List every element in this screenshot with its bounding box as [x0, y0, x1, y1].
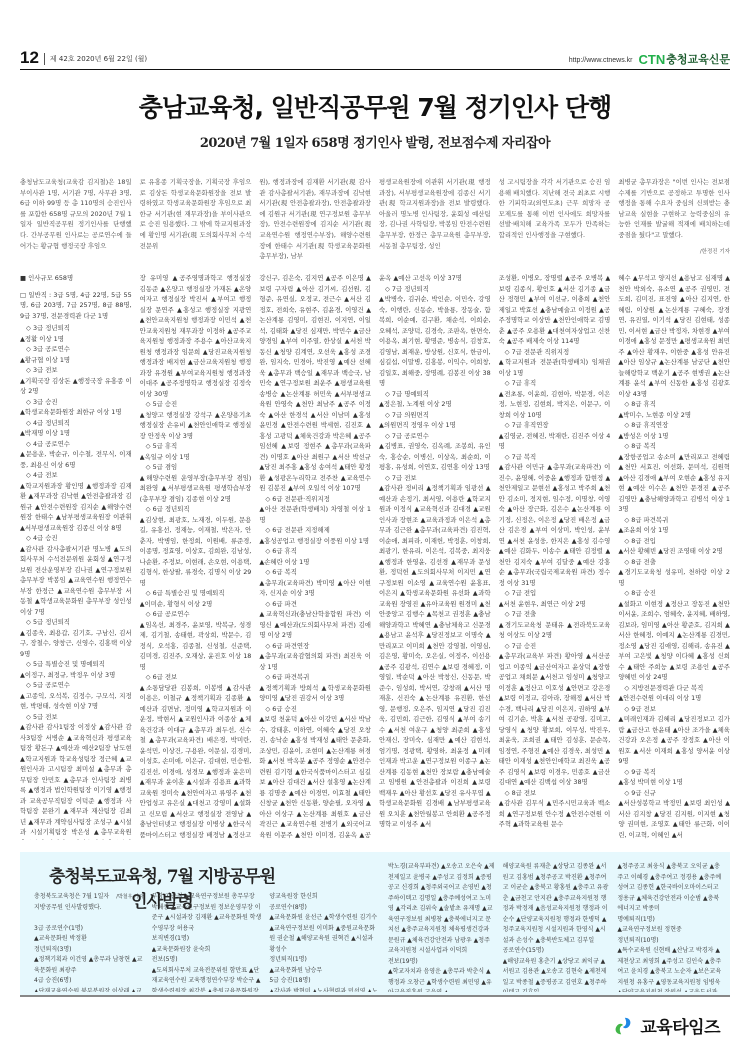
lead-column: 최병균 총무과장은 "이번 인사는 전보점수제를 기반으로 공정하고 투명한 인… [618, 177, 730, 241]
newspaper-logo: CTN 충청교육신문 [639, 53, 730, 66]
roster-entry-list: ▲의원면직 정영우 이상 1명 [379, 420, 491, 431]
roster-entry-list: ▲경기도교육청 문태유 ▲전라북도교육청 이상도 이상 2명 [499, 620, 611, 641]
roster-entry-list: ▲보령 천윤덕 ▲아산 이강민 ▲서산 박남수, 강태훈, 이하연, 이혜숙 ▲… [259, 714, 371, 840]
roster-entry-list: 조성환, 이병오, 장명렬 ▲공주 오병복 ▲보령 김종식, 황인호 ▲서산 김… [499, 273, 611, 347]
swirl-logo-icon [612, 1015, 634, 1037]
roster-section-heading: ◇ 7급 휴직 [499, 378, 611, 389]
roster-entry-list: 장 유미영 ▲공주영명과학고 행정실장 김동준 ▲온양고 행정실장 가재돈 ▲온… [140, 273, 252, 399]
roster-section-heading: ◇ 9급 전보 [618, 704, 730, 715]
issue-date: 제 42호 2020년 6월 22일 (월) [50, 54, 147, 64]
roster-entry-list: 혜수 ▲무석고 양지선 ▲용남고 심재명 ▲천안 박외숙, 유소연 ▲공주 권영… [618, 273, 730, 399]
personnel-roster: ■ 인사규모 658명 □ 일반직 : 3급 5명, 4급 22명, 5급 55… [20, 273, 730, 840]
roster-section-heading: ◇ 3급 공로연수 [20, 344, 132, 355]
roster-section-heading: ◇ 8급 휴직연장 [618, 420, 730, 431]
lead-column-last: 최병균 총무과장은 "이번 인사는 전보점수제를 기반으로 공정하고 투명한 인… [618, 177, 730, 262]
roster-entry-list: ▲정책기획과 방희석 ▲학생교육문화원 양미영 ▲당진 권강서 이상 3명 [259, 683, 371, 704]
roster-entry-list: ▲김영균, 전혜진, 박재란, 김진주 이상 4명 [499, 431, 611, 452]
footer-logo: 교육타임즈 [612, 1013, 720, 1038]
masthead-divider [44, 53, 45, 65]
roster-section-heading: ◇ 5급 특별승진 및 명예퇴직 [20, 659, 132, 670]
roster-entry-list: ▲학생교육문화원장 최한규 이상 1명 [20, 407, 132, 418]
roster-entry-list: ▲총무과(교육파견) 박미영 ▲아산 이현자, 신지순 이상 3명 [259, 578, 371, 599]
roster-column: 윤옥 ▲예산 고선옥 이상 37명◇ 7급 정년퇴직▲박병숙, 김귀순, 박인순… [379, 273, 491, 840]
roster-section-heading: ◇ 9급 복직 [618, 767, 730, 778]
roster-entry-list: ▲소통담당관 김봉희, 이봉병 ▲감사관 이용은, 이철규 ▲정책기획과 김종환… [140, 683, 252, 841]
roster-entry-list: ▲조윤희 이상 1명 [618, 525, 730, 536]
roster-entry-list: ▲문용운, 박순규, 이수철, 전무식, 이재풍, 최용신 이상 6명 [20, 449, 132, 470]
roster-entry-list: ▲감사관 감사총괄서기관 명노병 ▲도의회사무처 수석전문위원 윤회성 ▲연구정… [20, 544, 132, 618]
roster-section-heading: ◇ 7급 전입 [499, 588, 611, 599]
roster-section-heading: ◇ 6급 공로연수 [140, 609, 252, 620]
chungbuk-column: 해양교육원 류재춘 ▲상당고 김종완 ▲서원고 김홍범 ▲청주공고 박진환 ▲청… [503, 862, 610, 992]
roster-section-heading: ◇ 4급 공로연수 [20, 439, 132, 450]
roster-entry-list: ▲감사관 김무식 ▲민주시민교육과 백소희 ▲연구정보원 안수정 ▲안전수련원 … [499, 798, 611, 830]
roster-summary: □ 일반직 : 3급 5명, 4급 22명, 5급 55명, 6급 203명, … [20, 290, 132, 322]
lead-column: 원), 행정과장에 김재환 서기관(現 감사관 감사총괄서기관), 재무과장에 … [259, 177, 371, 262]
roster-section-heading: ◇ 7급 전보 [379, 473, 491, 484]
roster-entry-list: ▲방성은 이상 1명 [618, 431, 730, 442]
article-lead: 충청남도교육청(교육감 김지철)은 18일 부이사관 1명, 서기관 7명, 사… [20, 177, 730, 262]
roster-entry-list: ▲황규협 이상 1명 [20, 355, 132, 366]
roster-section-heading: ◇ 4급 승진 [20, 533, 132, 544]
roster-section-heading: ◇ 8급 승진 [618, 588, 730, 599]
lead-column: 충청남도교육청(교육감 김지철)은 18일 부이사관 1명, 서기관 7명, 사… [20, 177, 132, 262]
roster-entry-list: ▲홍성공업고 행정실장 이풍원 이상 1명 [259, 536, 371, 547]
roster-entry-list: ▲장항공업고 송소미 ▲만리포고 전혜림 ▲천안 서효진, 이선화, 문미석, … [618, 452, 730, 515]
lead-column: 성 고시팀장을 각각 서기관으로 승진 임용해 배치했다. 지난해 전국 최초로… [499, 177, 611, 262]
brand-name: 충청교육신문 [666, 54, 730, 66]
roster-section-heading: ◇ 5급 휴직 [140, 441, 252, 452]
roster-section-heading: ◇ 6급 전문관 지정해제 [259, 525, 371, 536]
roster-section-heading: ◇ 7급 의원면직 [379, 410, 491, 421]
roster-section-heading: ◇ 지방전문경력관 다군 복직 [618, 683, 730, 694]
roster-entry-list: ▲감사관 이민규 ▲총무과(교육파견) 이진수, 윤영혜, 이중윤 ▲행정과 함… [499, 462, 611, 588]
roster-section-heading: ◇ 6급 특별승진 및 명예퇴직 [140, 588, 252, 599]
roster-entry-list: ▲옥일규 이상 1명 [140, 452, 252, 463]
roster-section-heading: ◇ 3급 정년퇴직 [20, 323, 132, 334]
roster-entry-list: ▲교육혁신과(충남산학융합원 파견) 이영신 ▲예산과(도의회사무처 파견) 김… [259, 609, 371, 641]
roster-column: ■ 인사규모 658명 □ 일반직 : 3급 5명, 4급 22명, 5급 55… [20, 273, 132, 840]
roster-section-heading: ◇ 6급 파견연장 [259, 641, 371, 652]
roster-section-heading: ◇ 3급 전보 [20, 365, 132, 376]
chungbuk-text: 충청북도교육청은 7월 1일자 지방공무원 인사발령했다. 3급 공로연수(1명… [34, 893, 142, 992]
roster-entry-list: ▲고종익, 오석복, 김정수, 구모석, 지정현, 박평태, 성숙현 이상 7명 [20, 691, 132, 712]
roster-entry-list: ▲감사관 정비리 ▲정책기획과 임광선 ▲예산과 손정기, 최서영, 이용란 ▲… [379, 483, 491, 830]
brand-abbr: CTN [639, 53, 666, 66]
roster-entry-list: ▲정은철, 노계원 이상 2명 [379, 399, 491, 410]
roster-section-heading: ◇ 5급 공로연수 [20, 680, 132, 691]
article-headline: 충남교육청, 일반직공무원 7월 정기인사 단행 [0, 88, 750, 124]
roster-entry-list: ▲김병표, 권영숙, 김옥례, 조봉희, 유인숙, 홍승순, 이병신, 이상옥,… [379, 441, 491, 473]
roster-column: 혜수 ▲무석고 양지선 ▲용남고 심재명 ▲천안 박외숙, 유소연 ▲공주 권영… [618, 273, 730, 840]
chungbuk-left-columns: /박철우 기자 충청북도교육청은 7월 1일자 지방공무원 인사발령했다. 3급… [34, 892, 379, 992]
footer-logo-text: 교육타임즈 [640, 1013, 720, 1038]
roster-entry-list: ▲손혜란 이상 1명 [259, 557, 371, 568]
roster-section-heading: ◇ 6급 파견복귀 [259, 672, 371, 683]
roster-entry-list: ▲전초롱, 이윤희, 김현아, 박문경, 이은정, 노현정, 김현희, 박지은,… [499, 389, 611, 421]
roster-section-heading: ◇ 7급 명예퇴직 [379, 389, 491, 400]
roster-entry-list: ▲이정구, 최정규, 박정우 이상 3명 [20, 670, 132, 681]
chungbuk-column: 박노경(교육부파견) ▲오송고 오은숙 ▲제천제일고 윤병국 ▲주성고 김정희 … [388, 862, 495, 992]
roster-entry-list: ▲서산 황혜빈 ▲당진 조영태 이상 2명 [618, 546, 730, 557]
roster-entry-list: ▲학교지원과 전문관(학생배치) 임채권 이상 1명 [499, 357, 611, 378]
roster-section-heading: ◇ 4급 전보 [20, 470, 132, 481]
lead-column: 로 유홍종 기획국장을, 기획국장 후임으로 김상돈 학생교육문화원장을 전보 … [140, 177, 252, 262]
roster-section-heading: ◇ 6급 정년퇴직 [140, 504, 252, 515]
roster-entry-list: ▲박재명 이상 1명 [20, 428, 132, 439]
roster-entry-list: ▲안전수련원 이대리 이상 1명 [618, 693, 730, 704]
page-number: 12 [20, 49, 39, 66]
roster-section-heading: ◇ 6급 전보 [140, 672, 252, 683]
roster-section-heading: ◇ 6급 전문관·직위지정 [259, 494, 371, 505]
roster-section-heading: ◇ 5급 정년퇴직 [20, 617, 132, 628]
chungbuk-column: /박철우 기자 충청북도교육청은 7월 1일자 지방공무원 인사발령했다. 3급… [34, 892, 144, 992]
roster-entry-list: ▲감사관 감사1팀장 이정상 ▲감사관 감사3팀장 서병순 ▲교육혁신과 평생교… [20, 722, 132, 840]
roster-section-heading: ◇ 6급 휴직 [259, 546, 371, 557]
site-url-link[interactable]: http://www.ctnews.kr [569, 57, 633, 64]
roster-section-heading: ◇ 7급 전문관 직위지정 [499, 347, 611, 358]
roster-entry-list: ▲총무과(교육감협의회 파견) 최진욱 이상 1명 [259, 651, 371, 672]
roster-section-heading: ◇ 7급 휴직연장 [499, 420, 611, 431]
roster-entry-list: ▲이미순, 황형식 이상 2명 [140, 599, 252, 610]
roster-entry-list: ▲청양고 행정실장 강석구 ▲온양용기초 행정실장 손유비 ▲천안인애학교 행정… [140, 410, 252, 442]
roster-entry-list: ▲미래인재과 김혜리 ▲당진정보고 김가람 ▲금산고 한윤태 ▲아산 조가을 ▲… [618, 714, 730, 767]
roster-entry-list: ▲서천 윤현우, 최연근 이상 2명 [499, 599, 611, 610]
article-subheadline: 2020년 7월 1일자 658명 정기인사 발령, 전보점수제 자리잡아 [0, 132, 750, 151]
roster-entry-list: ▲기획국장 김상돈 ▲행정국장 유홍종 이상 2명 [20, 376, 132, 397]
roster-entry-list: ▲홍성 박미현 이상 1명 [618, 777, 730, 788]
roster-entry-list: ▲경기도교육청 성유미, 천하랑 이상 2명 [618, 567, 730, 588]
roster-section-heading: ◇ 8급 복직 [618, 441, 730, 452]
roster-entry-list: ▲임옥선, 최경주, 윤보영, 박복규, 성경제, 김기철, 송태현, 곽상희,… [140, 620, 252, 673]
lead-column: 평생교육원장에 이관휘 서기관(現 행정과장), 서부평생교육원장에 김종신 서… [379, 177, 491, 262]
roster-section-heading: ◇ 8급 전입 [618, 536, 730, 547]
masthead: 12 제 42호 2020년 6월 22일 (월) http://www.ctn… [20, 50, 730, 70]
roster-entry-list: ▲설화고 이현정 ▲정산고 장동진 ▲천안 이서윤, 조희수, 엄혜숙, 윤지혜… [618, 599, 730, 683]
roster-column: 강신구, 김은숙, 김지연 ▲공주 이은명 ▲보령 구자림 ▲아산 김기씨, 김… [259, 273, 371, 840]
roster-entry-list: ▲아산 전문관(학생배치) 차영철 이상 1명 [259, 504, 371, 525]
roster-entry-list: ▲박병숙, 김귀순, 박인순, 이민숙, 강영숙, 이행란, 신동순, 박을룡,… [379, 294, 491, 389]
roster-entry-list: ▲김종욱, 최용갑, 김기호, 구남신, 김서구, 장철수, 양창근, 신영수,… [20, 628, 132, 660]
roster-section-heading: ◇ 8급 휴직 [618, 399, 730, 410]
roster-entry-list: 강신구, 김은숙, 김지연 ▲공주 이은명 ▲보령 구자림 ▲아산 김기씨, 김… [259, 273, 371, 494]
roster-section-heading: ◇ 5급 겸임 [140, 462, 252, 473]
roster-section-heading: ◇ 7급 전출 [499, 609, 611, 620]
roster-section-heading: ◇ 5급 전보 [20, 712, 132, 723]
roster-entry-list: ▲정활 이상 1명 [20, 334, 132, 345]
roster-section-heading: ◇ 7급 공로연수 [379, 431, 491, 442]
roster-section-heading: ◇ 5급 승진 [140, 399, 252, 410]
roster-section-heading: ◇ 6급 복직 [259, 567, 371, 578]
roster-section-heading: ◇ 7급 승진 [499, 641, 611, 652]
roster-section-heading: ◇ 6급 파견 [259, 599, 371, 610]
roster-section-heading: ◇ 7급 정년퇴직 [379, 284, 491, 295]
chungbuk-byline: /박철우 기자 [116, 892, 143, 903]
roster-section-heading: ◇ 6급 승진 [259, 704, 371, 715]
roster-entry-list: ▲김상현, 최광호, 노재경, 이두원, 문용길, 유홍선, 정재능, 이재철,… [140, 515, 252, 589]
chungbuk-column: ▲청주공고 최웅식 ▲충북고 오익균 ▲충주고 이혜경 ▲충주여고 정경용 ▲충… [617, 862, 724, 992]
roster-title: ■ 인사규모 658명 [20, 273, 132, 284]
roster-entry-list: ▲해양수련원 운영부장(총무부장 겸임) 최완영 ▲서부평생교육원 평생학습부장… [140, 473, 252, 505]
roster-column: 장 유미영 ▲공주영명과학고 행정실장 김동준 ▲온양고 행정실장 가재돈 ▲온… [140, 273, 252, 840]
roster-entry-list: ▲총무과(교육부 파견) 황아영 ▲서산공업고 이종익 ▲금산여자고 윤상덕 ▲… [499, 651, 611, 788]
roster-section-heading: ◇ 4급 정년퇴직 [20, 418, 132, 429]
roster-section-heading: ◇ 3급 승진 [20, 397, 132, 408]
roster-entry-list: ▲박미수, 노현종 이상 2명 [618, 410, 730, 421]
roster-section-heading: ◇ 7급 복직 [499, 452, 611, 463]
roster-entry-list: ▲서산성봉학교 박정민 ▲보령 최인성 ▲서산 김지창 ▲당진 김지원, 이지현… [618, 798, 730, 840]
chungbuk-right-columns: 박노경(교육부파견) ▲오송고 오은숙 ▲제천제일고 윤병국 ▲주성고 김정희 … [388, 862, 724, 992]
roster-column: 조성환, 이병오, 장명렬 ▲공주 오병복 ▲보령 김종식, 황인호 ▲서산 김… [499, 273, 611, 840]
roster-section-heading: ◇ 8급 전보 [499, 788, 611, 799]
chungbuk-column: 양교육원장 한신희 공로연수(8명) ▲교육문화원 윤선근 ▲학생수련원 김기수… [269, 892, 379, 992]
roster-section-heading: ◇ 8급 전출 [618, 557, 730, 568]
roster-section-heading: ◇ 8급 파견복귀 [618, 515, 730, 526]
masthead-right: http://www.ctnews.kr CTN 충청교육신문 [569, 53, 730, 66]
roster-section-heading: ◇ 9급 신규 [618, 788, 730, 799]
roster-entry-list: ▲학교지원과장 황인명 ▲행정과장 김재환 ▲재무과장 김낙현 ▲안전총괄과장 … [20, 481, 132, 534]
article-byline: /한정진 기자 [618, 247, 730, 255]
chungbuk-column: 부장 지준철 ▲교육연구정보원 총무부장 박해종 ▲교육연구정보원 정보운영부장… [152, 892, 262, 992]
roster-entry-list: 윤옥 ▲예산 고선옥 이상 37명 [379, 273, 491, 284]
chungbuk-sidebar-box: 충청북도교육청, 7월 지방공무원 인사발령 /박철우 기자 충청북도교육청은 … [20, 852, 730, 997]
